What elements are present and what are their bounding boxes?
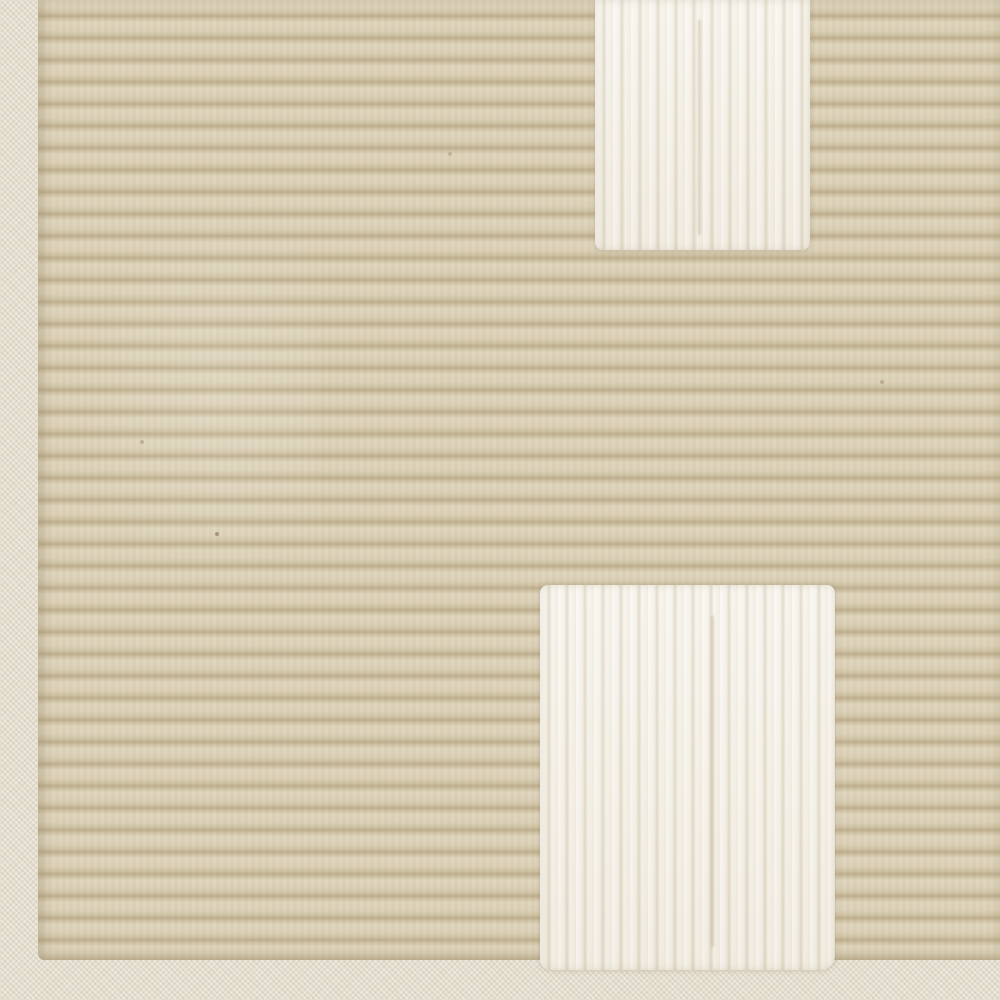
fiber-fleck — [215, 532, 219, 536]
fiber-fleck — [140, 440, 144, 444]
shag-block-bottom — [540, 585, 835, 970]
fiber-fleck — [448, 152, 452, 156]
shag-seam — [711, 616, 714, 947]
ribbed-pile-field — [38, 0, 1000, 960]
rug-photo — [0, 0, 1000, 1000]
shag-block-top — [595, 0, 810, 250]
fiber-fleck — [880, 380, 884, 384]
shag-seam — [698, 20, 701, 235]
recessed-panel — [78, 205, 318, 585]
